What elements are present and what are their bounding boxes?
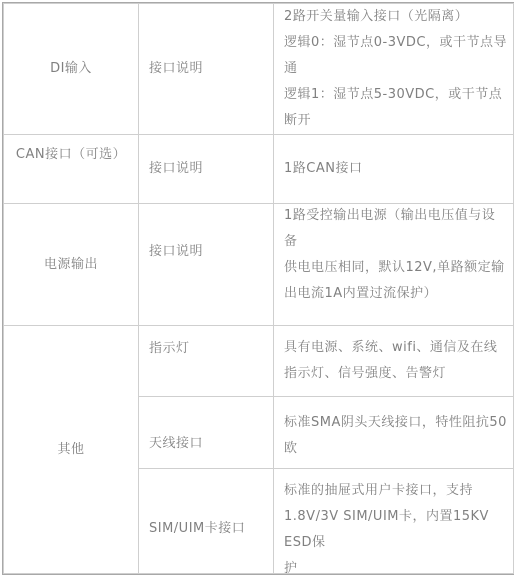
table-row-can-interface: CAN接口（可选） 接口说明 1路CAN接口	[4, 135, 514, 204]
description-cell: 标准SMA阴头天线接口，特性阻抗50欧	[274, 397, 514, 469]
item-label: 天线接口	[139, 431, 273, 457]
description-cell: 标准的抽屉式用户卡接口，支持 1.8V/3V SIM/UIM卡，内置15KV E…	[274, 469, 514, 545]
description-text: 2路开关量输入接口（光隔离） 逻辑0：湿节点0-3VDC，或干节点导通 逻辑1：…	[274, 4, 513, 134]
spec-table-wrapper: DI输入 接口说明 2路开关量输入接口（光隔离） 逻辑0：湿节点0-3VDC，或…	[2, 2, 514, 544]
spec-table: DI输入 接口说明 2路开关量输入接口（光隔离） 逻辑0：湿节点0-3VDC，或…	[3, 3, 514, 544]
category-cell-can-interface: CAN接口（可选）	[4, 135, 139, 204]
category-label: DI输入	[4, 56, 138, 82]
description-text: 1路CAN接口	[274, 156, 513, 182]
category-cell-power-output: 电源输出	[4, 204, 139, 326]
item-cell: SIM/UIM卡接口	[139, 469, 274, 545]
table-row-di-input: DI输入 接口说明 2路开关量输入接口（光隔离） 逻辑0：湿节点0-3VDC，或…	[4, 4, 514, 135]
category-label: CAN接口（可选）	[4, 142, 138, 168]
description-cell: 具有电源、系统、wifi、通信及在线 指示灯、信号强度、告警灯	[274, 326, 514, 397]
item-label: SIM/UIM卡接口	[139, 516, 273, 542]
description-text: 标准SMA阴头天线接口，特性阻抗50欧	[274, 410, 513, 462]
table-row-power-output: 电源输出 接口说明 1路受控输出电源（输出电压值与设备 供电电压相同，默认12V…	[4, 204, 514, 326]
item-cell: 接口说明	[139, 135, 274, 204]
item-label: 接口说明	[139, 156, 273, 182]
category-label: 电源输出	[4, 252, 138, 278]
description-text: 具有电源、系统、wifi、通信及在线 指示灯、信号强度、告警灯	[274, 335, 513, 387]
category-cell-di-input: DI输入	[4, 4, 139, 135]
description-cell: 2路开关量输入接口（光隔离） 逻辑0：湿节点0-3VDC，或干节点导通 逻辑1：…	[274, 4, 514, 135]
description-cell: 1路CAN接口	[274, 135, 514, 204]
description-text: 1路受控输出电源（输出电压值与设备 供电电压相同，默认12V,单路额定输 出电流…	[274, 204, 513, 307]
category-label: 其他	[4, 437, 138, 463]
item-cell: 接口说明	[139, 4, 274, 135]
item-cell: 接口说明	[139, 204, 274, 326]
table-row-other-indicator: 其他 指示灯 具有电源、系统、wifi、通信及在线 指示灯、信号强度、告警灯	[4, 326, 514, 397]
item-label: 指示灯	[139, 336, 273, 362]
item-label: 接口说明	[139, 56, 273, 82]
item-cell: 指示灯	[139, 326, 274, 397]
item-label: 接口说明	[139, 239, 273, 265]
item-cell: 天线接口	[139, 397, 274, 469]
description-text: 标准的抽屉式用户卡接口，支持 1.8V/3V SIM/UIM卡，内置15KV E…	[274, 478, 513, 544]
category-cell-other: 其他	[4, 326, 139, 545]
description-cell: 1路受控输出电源（输出电压值与设备 供电电压相同，默认12V,单路额定输 出电流…	[274, 204, 514, 326]
